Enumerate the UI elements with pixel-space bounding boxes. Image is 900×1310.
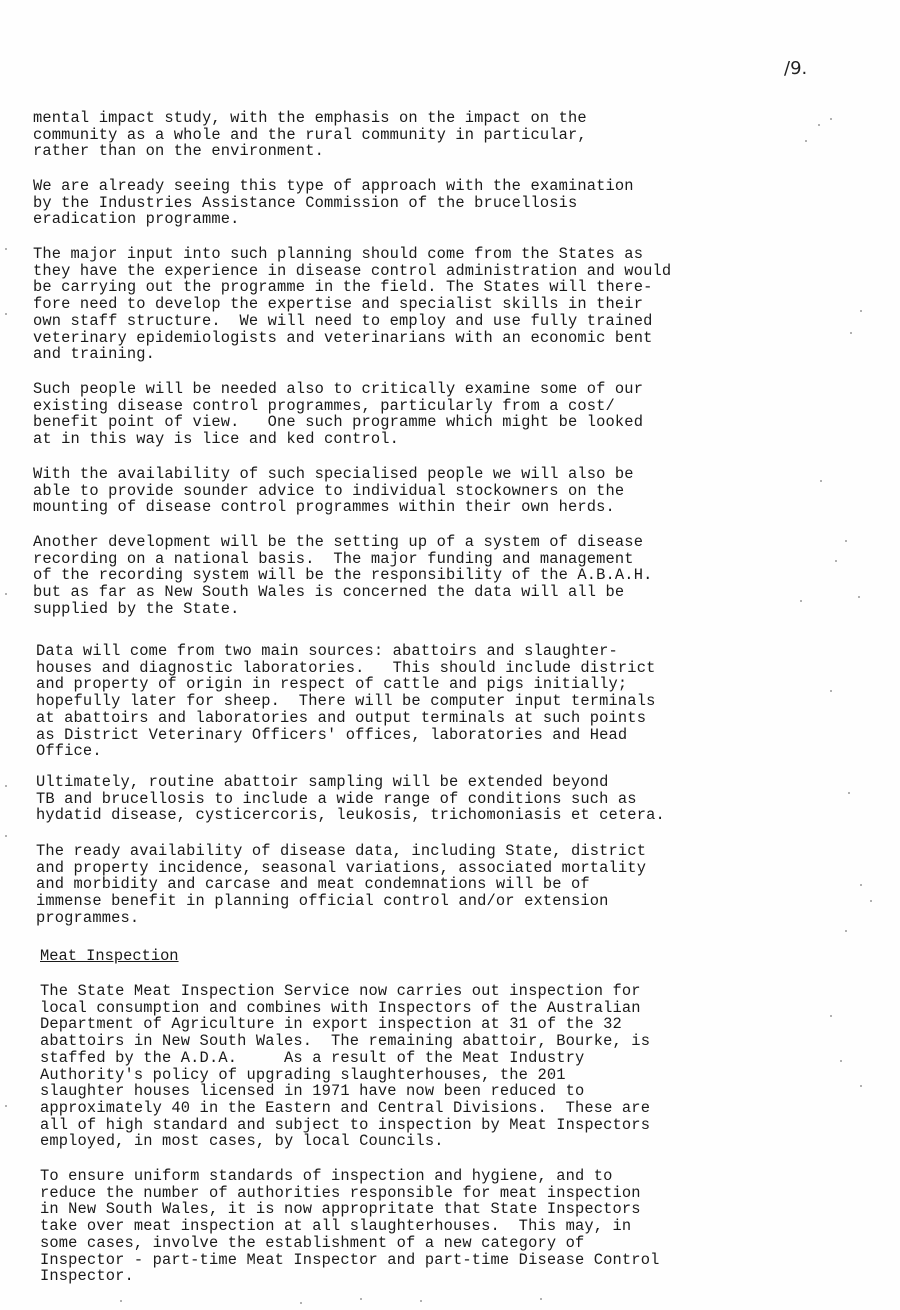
text-line: at in this way is lice and ked control. <box>33 431 399 448</box>
text-line: and training. <box>33 346 155 363</box>
text-line: some cases, involve the establishment of… <box>40 1235 584 1252</box>
text-line: immense benefit in planning official con… <box>36 893 609 910</box>
text-line: in New South Wales, it is now approprita… <box>40 1201 641 1218</box>
text-line: take over meat inspection at all slaught… <box>40 1218 631 1235</box>
text-line: To ensure uniform standards of inspectio… <box>40 1168 613 1185</box>
text-line: veterinary epidemiologists and veterinar… <box>33 330 652 347</box>
text-line: mounting of disease control programmes w… <box>33 499 615 516</box>
text-line: they have the experience in disease cont… <box>33 263 671 280</box>
text-line: reduce the number of authorities respons… <box>40 1185 641 1202</box>
text-line: abattoirs in New South Wales. The remain… <box>40 1033 650 1050</box>
text-line: and property incidence, seasonal variati… <box>36 860 646 877</box>
text-line: able to provide sounder advice to indivi… <box>33 483 624 500</box>
text-line: local consumption and combines with Insp… <box>40 1000 641 1017</box>
text-line: existing disease control programmes, par… <box>33 398 615 415</box>
text-line: TB and brucellosis to include a wide ran… <box>36 791 637 808</box>
document-page: /9. mental impact study, with the emphas… <box>0 0 900 1310</box>
text-line: Data will come from two main sources: ab… <box>36 643 618 660</box>
text-line: hydatid disease, cysticercoris, leukosis… <box>36 807 665 824</box>
text-line: The ready availability of disease data, … <box>36 843 646 860</box>
text-line: eradication programme. <box>33 211 240 228</box>
text-line: supplied by the State. <box>33 601 240 618</box>
text-line: programmes. <box>36 910 139 927</box>
text-line: as District Veterinary Officers' offices… <box>36 727 627 744</box>
text-line: at abattoirs and laboratories and output… <box>36 710 646 727</box>
page-number: /9. <box>784 58 807 79</box>
text-line: hopefully later for sheep. There will be… <box>36 693 655 710</box>
text-line: We are already seeing this type of appro… <box>33 178 634 195</box>
text-line: The major input into such planning shoul… <box>33 246 643 263</box>
text-line: of the recording system will be the resp… <box>33 567 652 584</box>
text-line: slaughter houses licensed in 1971 have n… <box>40 1083 584 1100</box>
text-line: own staff structure. We will need to emp… <box>33 313 652 330</box>
text-line: staffed by the A.D.A. As a result of the… <box>40 1050 584 1067</box>
section-heading: Meat Inspection <box>40 948 179 965</box>
text-line: Inspector - part-time Meat Inspector and… <box>40 1252 659 1269</box>
text-line: employed, in most cases, by local Counci… <box>40 1133 444 1150</box>
text-line: With the availability of such specialise… <box>33 466 634 483</box>
text-line: and property of origin in respect of cat… <box>36 676 627 693</box>
text-line: Such people will be needed also to criti… <box>33 381 643 398</box>
text-line: mental impact study, with the emphasis o… <box>33 110 587 127</box>
text-line: benefit point of view. One such programm… <box>33 414 643 431</box>
text-line: Another development will be the setting … <box>33 534 643 551</box>
text-line: but as far as New South Wales is concern… <box>33 584 624 601</box>
text-line: Ultimately, routine abattoir sampling wi… <box>36 774 609 791</box>
text-line: community as a whole and the rural commu… <box>33 127 587 144</box>
text-line: Inspector. <box>40 1268 134 1285</box>
text-line: all of high standard and subject to insp… <box>40 1117 650 1134</box>
text-line: and morbidity and carcase and meat conde… <box>36 876 590 893</box>
text-line: Office. <box>36 743 102 760</box>
text-line: recording on a national basis. The major… <box>33 551 634 568</box>
text-line: be carrying out the programme in the fie… <box>33 279 652 296</box>
text-line: fore need to develop the expertise and s… <box>33 296 643 313</box>
text-line: by the Industries Assistance Commission … <box>33 195 577 212</box>
text-line: Department of Agriculture in export insp… <box>40 1016 622 1033</box>
text-line: houses and diagnostic laboratories. This… <box>36 660 655 677</box>
text-line: approximately 40 in the Eastern and Cent… <box>40 1100 650 1117</box>
text-line: The State Meat Inspection Service now ca… <box>40 983 641 1000</box>
text-line: rather than on the environment. <box>33 143 324 160</box>
text-line: Authority's policy of upgrading slaughte… <box>40 1067 566 1084</box>
